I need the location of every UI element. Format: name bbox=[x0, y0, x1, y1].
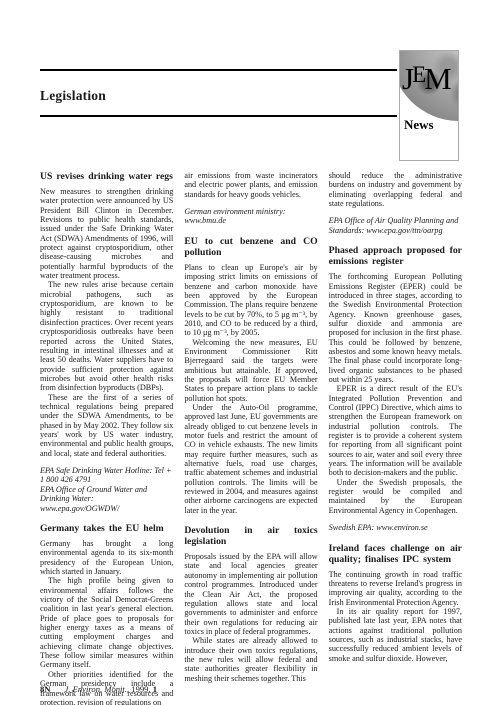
paragraph: air emissions from waste incinerators an… bbox=[184, 171, 317, 199]
article-heading: Ireland faces challenge on air quality; … bbox=[329, 543, 462, 565]
contact-line: EPA Office of Air Quality Planning and S… bbox=[329, 216, 462, 235]
column-2: air emissions from waste incinerators an… bbox=[184, 171, 317, 705]
paragraph: Welcoming the new measures, EU Environme… bbox=[184, 338, 317, 403]
article-heading: Germany takes the EU helm bbox=[40, 523, 173, 534]
news-label: News bbox=[404, 117, 434, 133]
header-rule-top bbox=[40, 69, 397, 71]
paragraph: The continuing growth in road traffic th… bbox=[329, 570, 462, 607]
article-heading: Phased approach proposed for emissions r… bbox=[329, 245, 462, 267]
contact-info: EPA Office of Air Quality Planning and S… bbox=[329, 216, 462, 235]
article-heading: US revises drinking water regs bbox=[40, 171, 173, 182]
citation-year: , 1999, bbox=[127, 684, 153, 694]
contact-info: Swedish EPA: www.environ.se bbox=[329, 523, 462, 532]
article-heading: EU to cut benzene and CO pollution bbox=[184, 236, 317, 258]
jem-logo-text: JEM bbox=[402, 63, 450, 94]
page-number: 8N bbox=[40, 684, 51, 694]
paragraph: These are the first of a series of techn… bbox=[40, 393, 173, 458]
paragraph: should reduce the administrative burdens… bbox=[329, 171, 462, 208]
contact-line: EPA Safe Drinking Water Hotline: Tel + 1… bbox=[40, 466, 173, 485]
journal-logo-box: JEM News bbox=[399, 50, 459, 161]
paragraph: Under the Swedish proposals, the registe… bbox=[329, 478, 462, 515]
jem-letter: J bbox=[402, 61, 412, 96]
paragraph: New measures to strengthen drinking wate… bbox=[40, 187, 173, 280]
article-heading: Devolution in air toxics legislation bbox=[184, 525, 317, 547]
article-columns: US revises drinking water regsNew measur… bbox=[40, 171, 462, 705]
paragraph: Plans to clean up Europe's air by imposi… bbox=[184, 263, 317, 338]
column-3: should reduce the administrative burdens… bbox=[329, 171, 462, 705]
paragraph: Proposals issued by the EPA will allow s… bbox=[184, 552, 317, 636]
paragraph: While states are already allowed to intr… bbox=[184, 636, 317, 683]
paragraph: EPER is a direct result of the EU's Inte… bbox=[329, 384, 462, 477]
paragraph: In its air quality report for 1997, publ… bbox=[329, 607, 462, 663]
contact-line: Swedish EPA: www.environ.se bbox=[329, 523, 462, 532]
paragraph: Germany has brought a long environmental… bbox=[40, 539, 173, 576]
column-1: US revises drinking water regsNew measur… bbox=[40, 171, 173, 705]
header-rule-bottom bbox=[40, 115, 397, 117]
contact-line: German environment ministry: www.bmu.de bbox=[184, 207, 317, 226]
jem-letter: E bbox=[412, 62, 424, 87]
section-title: Legislation bbox=[40, 88, 106, 104]
page-footer: 8NJ. Environ. Monit., 1999, 1 bbox=[40, 684, 157, 694]
journal-citation: J. Environ. Monit. bbox=[65, 684, 127, 694]
paragraph: The forthcoming European Polluting Emiss… bbox=[329, 272, 462, 384]
citation-volume: 1 bbox=[153, 684, 157, 694]
contact-info: German environment ministry: www.bmu.de bbox=[184, 207, 317, 226]
jem-letter: M bbox=[424, 61, 450, 96]
paragraph: The high profile being given to environm… bbox=[40, 576, 173, 669]
paragraph: Under the Auto-Oil programme, approved l… bbox=[184, 403, 317, 515]
contact-info: EPA Safe Drinking Water Hotline: Tel + 1… bbox=[40, 466, 173, 513]
paragraph: The new rules arise because certain micr… bbox=[40, 280, 173, 392]
contact-line: EPA Office of Ground Water and Drinking … bbox=[40, 485, 173, 513]
